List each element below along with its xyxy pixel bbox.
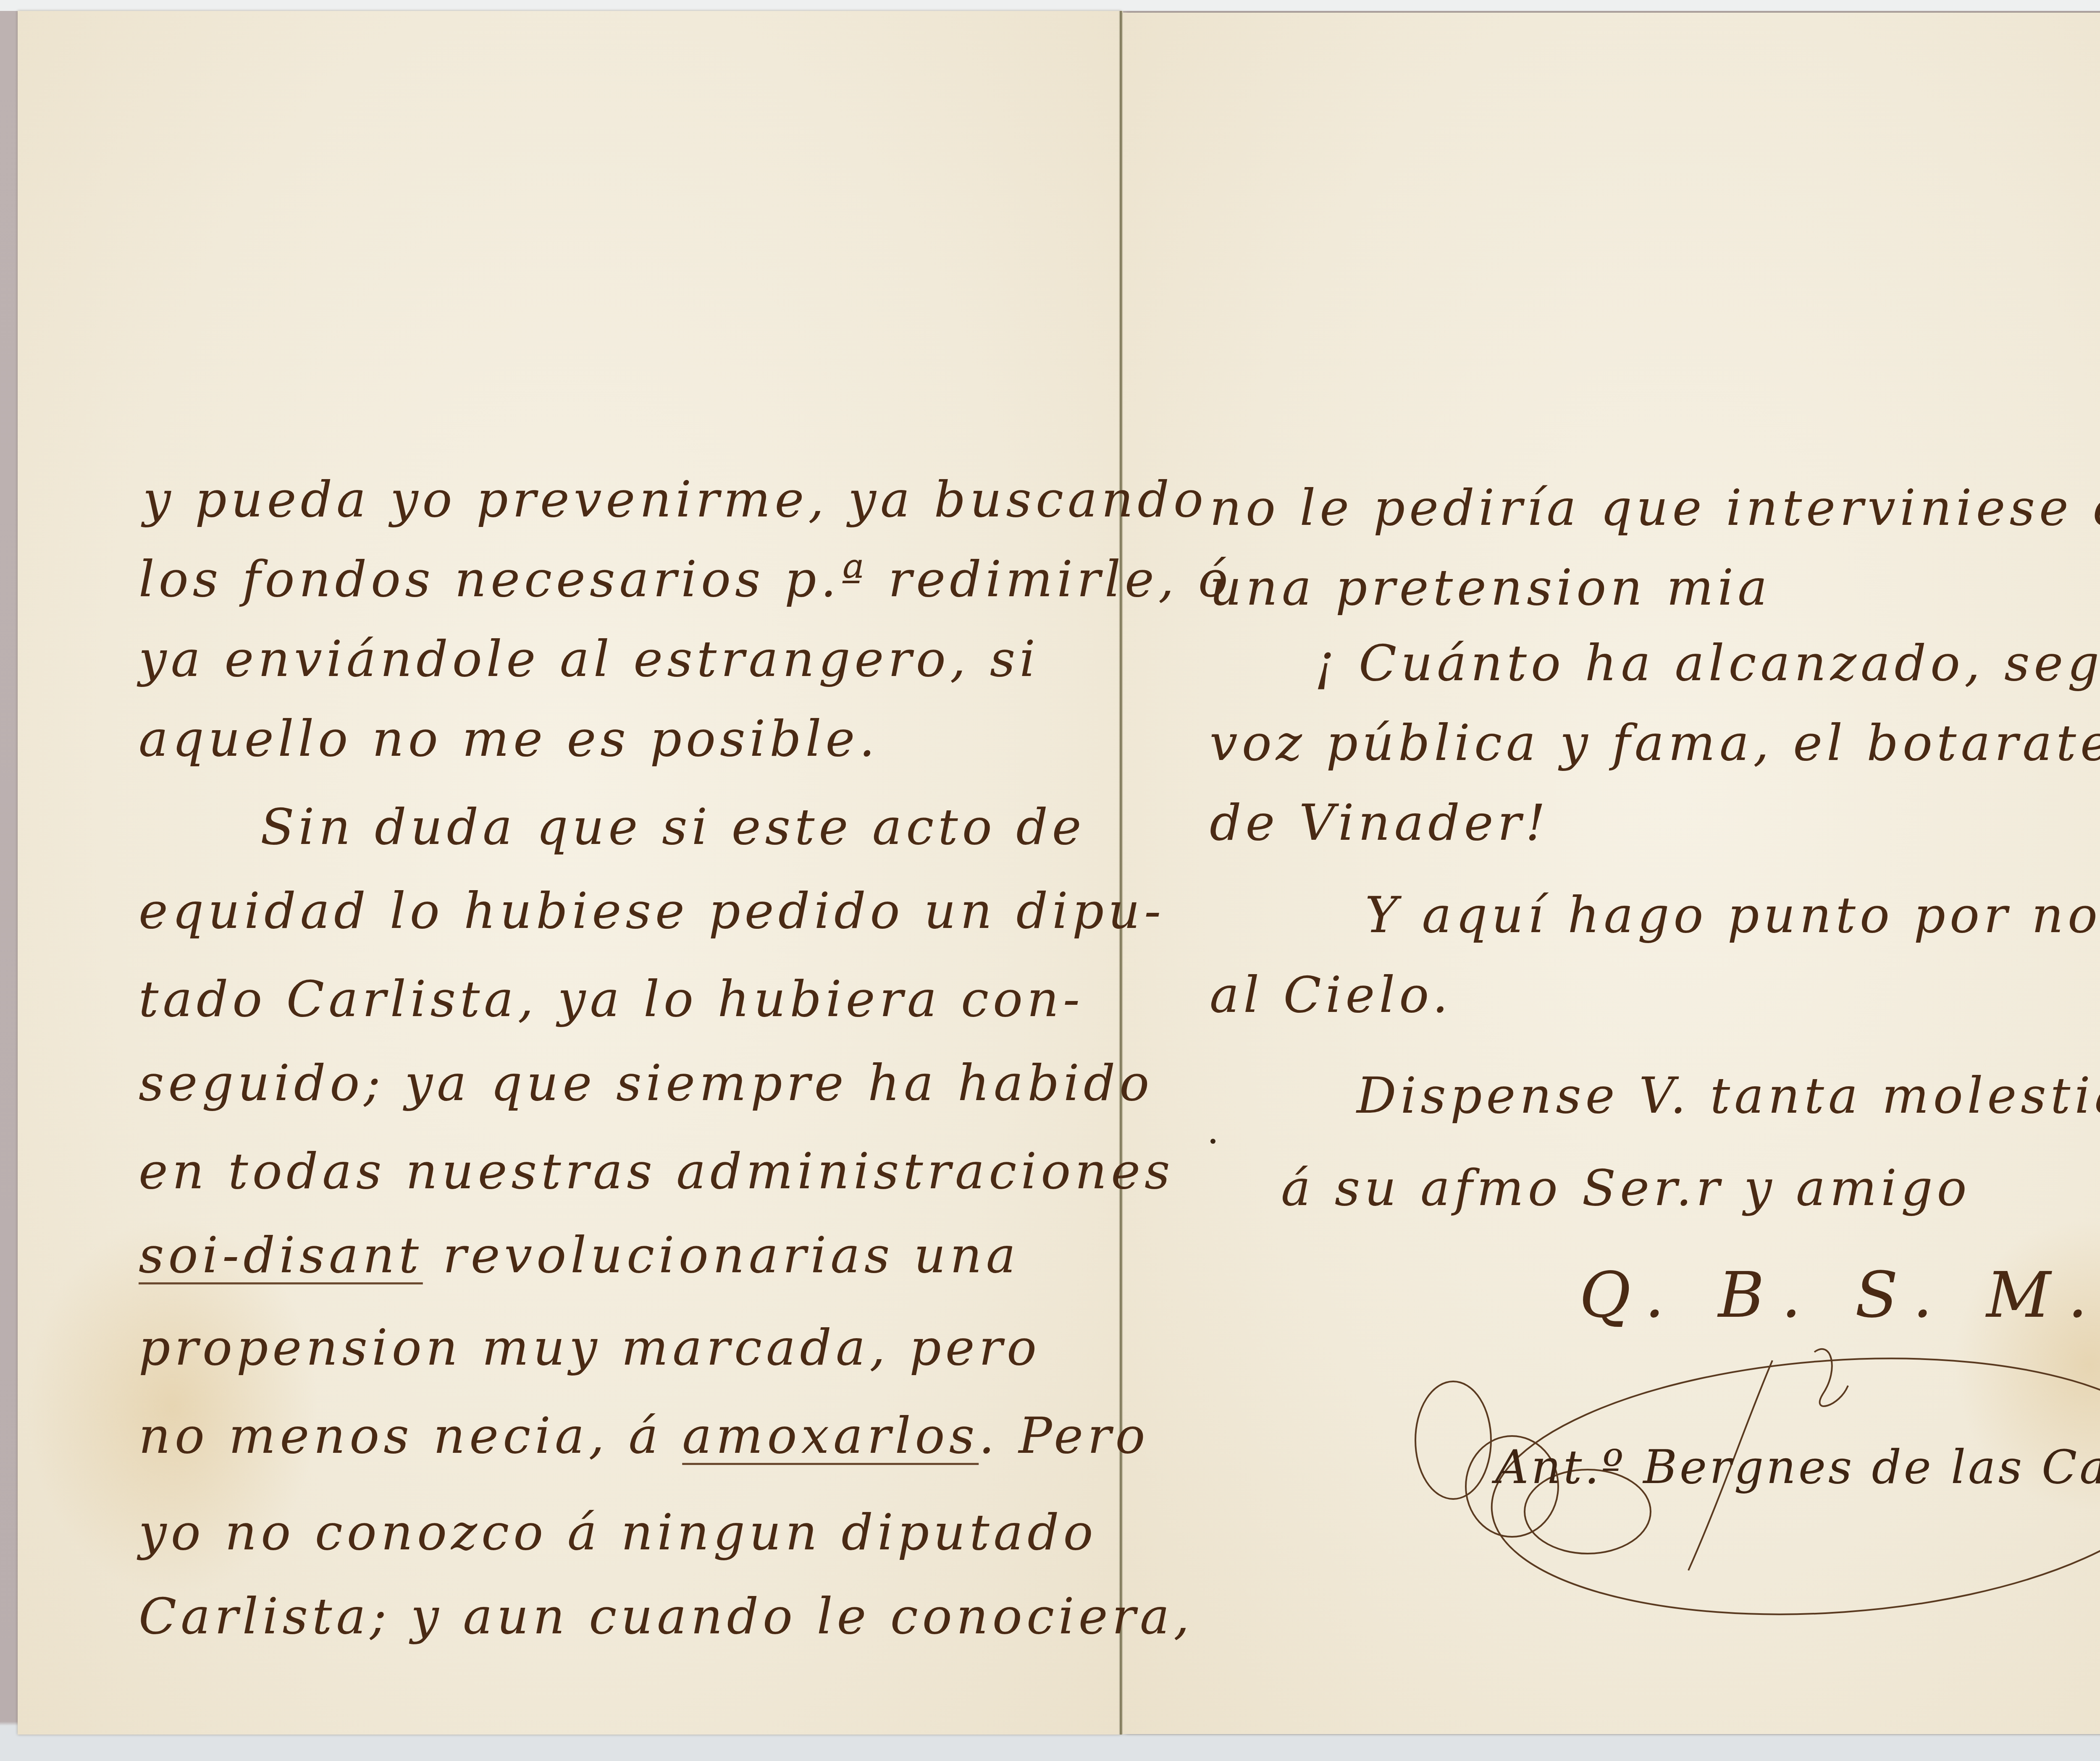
page-fold xyxy=(1119,11,1123,1735)
letter-line: y pueda yo prevenirme, ya buscando xyxy=(143,474,1207,524)
letter-line: tado Carlista, ya lo hubiera con- xyxy=(139,974,1084,1024)
letter-line: aquello no me es posible. xyxy=(139,714,879,763)
letter-line: en todas nuestras administraciones xyxy=(139,1146,1174,1196)
letter-line: equidad lo hubiese pedido un dipu- xyxy=(139,886,1165,936)
letter-line: Y aquí hago punto por no escupir xyxy=(1365,890,2100,940)
letter-line: voz pública y fama, el botarate xyxy=(1210,718,2100,768)
letter-line: al Cielo. xyxy=(1210,970,1452,1019)
underlined-word: soi-disant xyxy=(139,1226,423,1284)
letter-line: Dispense V. tanta molestia xyxy=(1357,1071,2100,1120)
letter-line: una pretension mia xyxy=(1210,563,1772,612)
letter-line: propension muy marcada, pero xyxy=(139,1323,1041,1372)
letter-line: ¡ Cuánto ha alcanzado, segun xyxy=(1315,638,2100,688)
ink-dot xyxy=(1210,1139,1215,1144)
letter-line: á su afmo Ser.r y amigo xyxy=(1281,1163,1971,1213)
letter-line: de Vinader! xyxy=(1210,798,1549,847)
letter-line-amoxarlos: no menos necia, á amoxarlos. Pero xyxy=(139,1411,1150,1460)
letter-line: Carlista; y aun cuando le conociera, xyxy=(139,1591,1194,1641)
letter-line: yo no conozco á ningun diputado xyxy=(139,1507,1097,1557)
letter-line: no le pediría que interviniese en xyxy=(1210,483,2100,532)
letter-line: ya enviándole al estrangero, si xyxy=(139,634,1039,684)
underlined-word: amoxarlos xyxy=(682,1407,979,1465)
signature-text: Ant.º Bergnes de las Casas xyxy=(1495,1440,2100,1494)
signature: Ant.º Bergnes de las Casas xyxy=(1394,1335,2100,1629)
letter-line: seguido; ya que siempre ha habido xyxy=(139,1058,1153,1108)
closing-qbsm: Q. B. S. M. xyxy=(1579,1264,2100,1327)
letter-line: Sin duda que si este acto de xyxy=(260,802,1086,852)
letter-line-soi-disant: soi-disant revolucionarias una xyxy=(139,1230,1020,1280)
letter-line: los fondos necesarios p.ª redimirle, ó xyxy=(139,554,1232,604)
